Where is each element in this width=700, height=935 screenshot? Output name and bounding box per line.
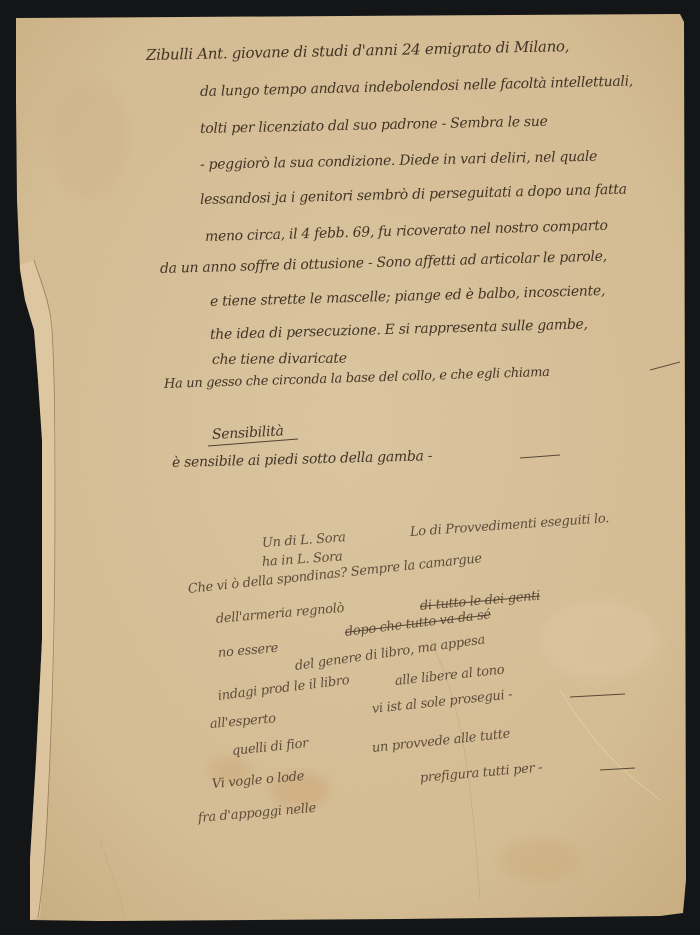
aged-paper-sheet [0, 0, 700, 935]
manuscript-line: che tiene divaricate [212, 352, 347, 367]
scanned-manuscript: Zibulli Ant. giovane di studi d'anni 24 … [0, 0, 700, 935]
section-heading: Sensibilità [212, 424, 284, 442]
